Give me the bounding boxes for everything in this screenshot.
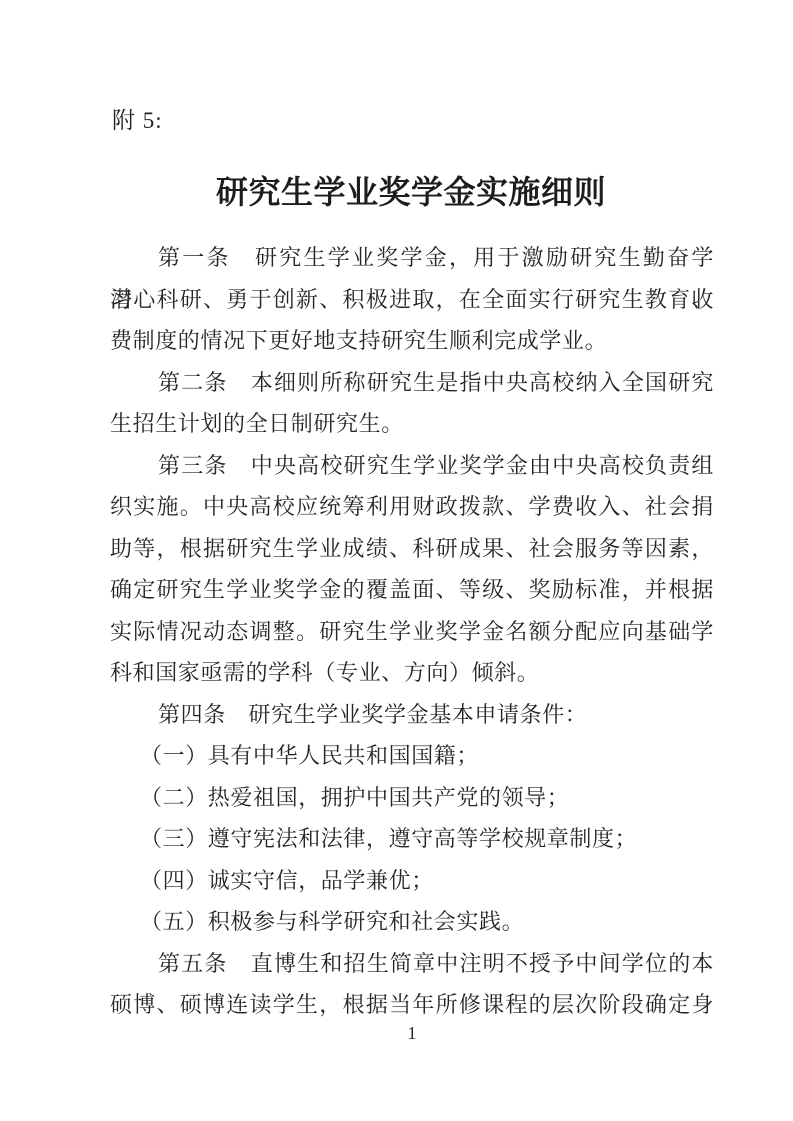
doc-line: 费制度的情况下更好地支持研究生顺利完成学业。 — [110, 320, 714, 362]
doc-line: 第一条 研究生学业奖学金，用于激励研究生勤奋学习、 — [110, 237, 714, 279]
doc-list-item: （三）遵守宪法和法律，遵守高等学校规章制度； — [110, 818, 714, 860]
doc-line: 硕博、硕博连读学生，根据当年所修课程的层次阶段确定身 — [110, 984, 714, 1026]
page-number: 1 — [110, 1022, 714, 1044]
doc-line: 确定研究生学业奖学金的覆盖面、等级、奖励标准，并根据 — [110, 569, 714, 611]
doc-line: 织实施。中央高校应统筹利用财政拨款、学费收入、社会捐 — [110, 486, 714, 528]
doc-line: 生招生计划的全日制研究生。 — [110, 403, 714, 445]
doc-line: 第四条 研究生学业奖学金基本申请条件： — [110, 694, 714, 736]
doc-line: 实际情况动态调整。研究生学业奖学金名额分配应向基础学 — [110, 611, 714, 653]
doc-list-item: （五）积极参与科学研究和社会实践。 — [110, 901, 714, 943]
doc-list-item: （一）具有中华人民共和国国籍； — [110, 735, 714, 777]
doc-list-item: （四）诚实守信，品学兼优； — [110, 860, 714, 902]
attachment-label: 附 5: — [112, 106, 163, 136]
document-body: 第一条 研究生学业奖学金，用于激励研究生勤奋学习、 潜心科研、勇于创新、积极进取… — [110, 237, 714, 1026]
doc-list-item: （二）热爱祖国，拥护中国共产党的领导； — [110, 777, 714, 819]
doc-line: 助等，根据研究生学业成绩、科研成果、社会服务等因素， — [110, 528, 714, 570]
document-title: 研究生学业奖学金实施细则 — [108, 172, 714, 212]
document-page: 附 5: 研究生学业奖学金实施细则 第一条 研究生学业奖学金，用于激励研究生勤奋… — [0, 0, 793, 1121]
doc-line: 科和国家亟需的学科（专业、方向）倾斜。 — [110, 652, 714, 694]
doc-line: 第二条 本细则所称研究生是指中央高校纳入全国研究 — [110, 362, 714, 404]
doc-line: 第三条 中央高校研究生学业奖学金由中央高校负责组 — [110, 445, 714, 487]
doc-line: 潜心科研、勇于创新、积极进取，在全面实行研究生教育收 — [110, 279, 714, 321]
doc-line: 第五条 直博生和招生简章中注明不授予中间学位的本 — [110, 943, 714, 985]
